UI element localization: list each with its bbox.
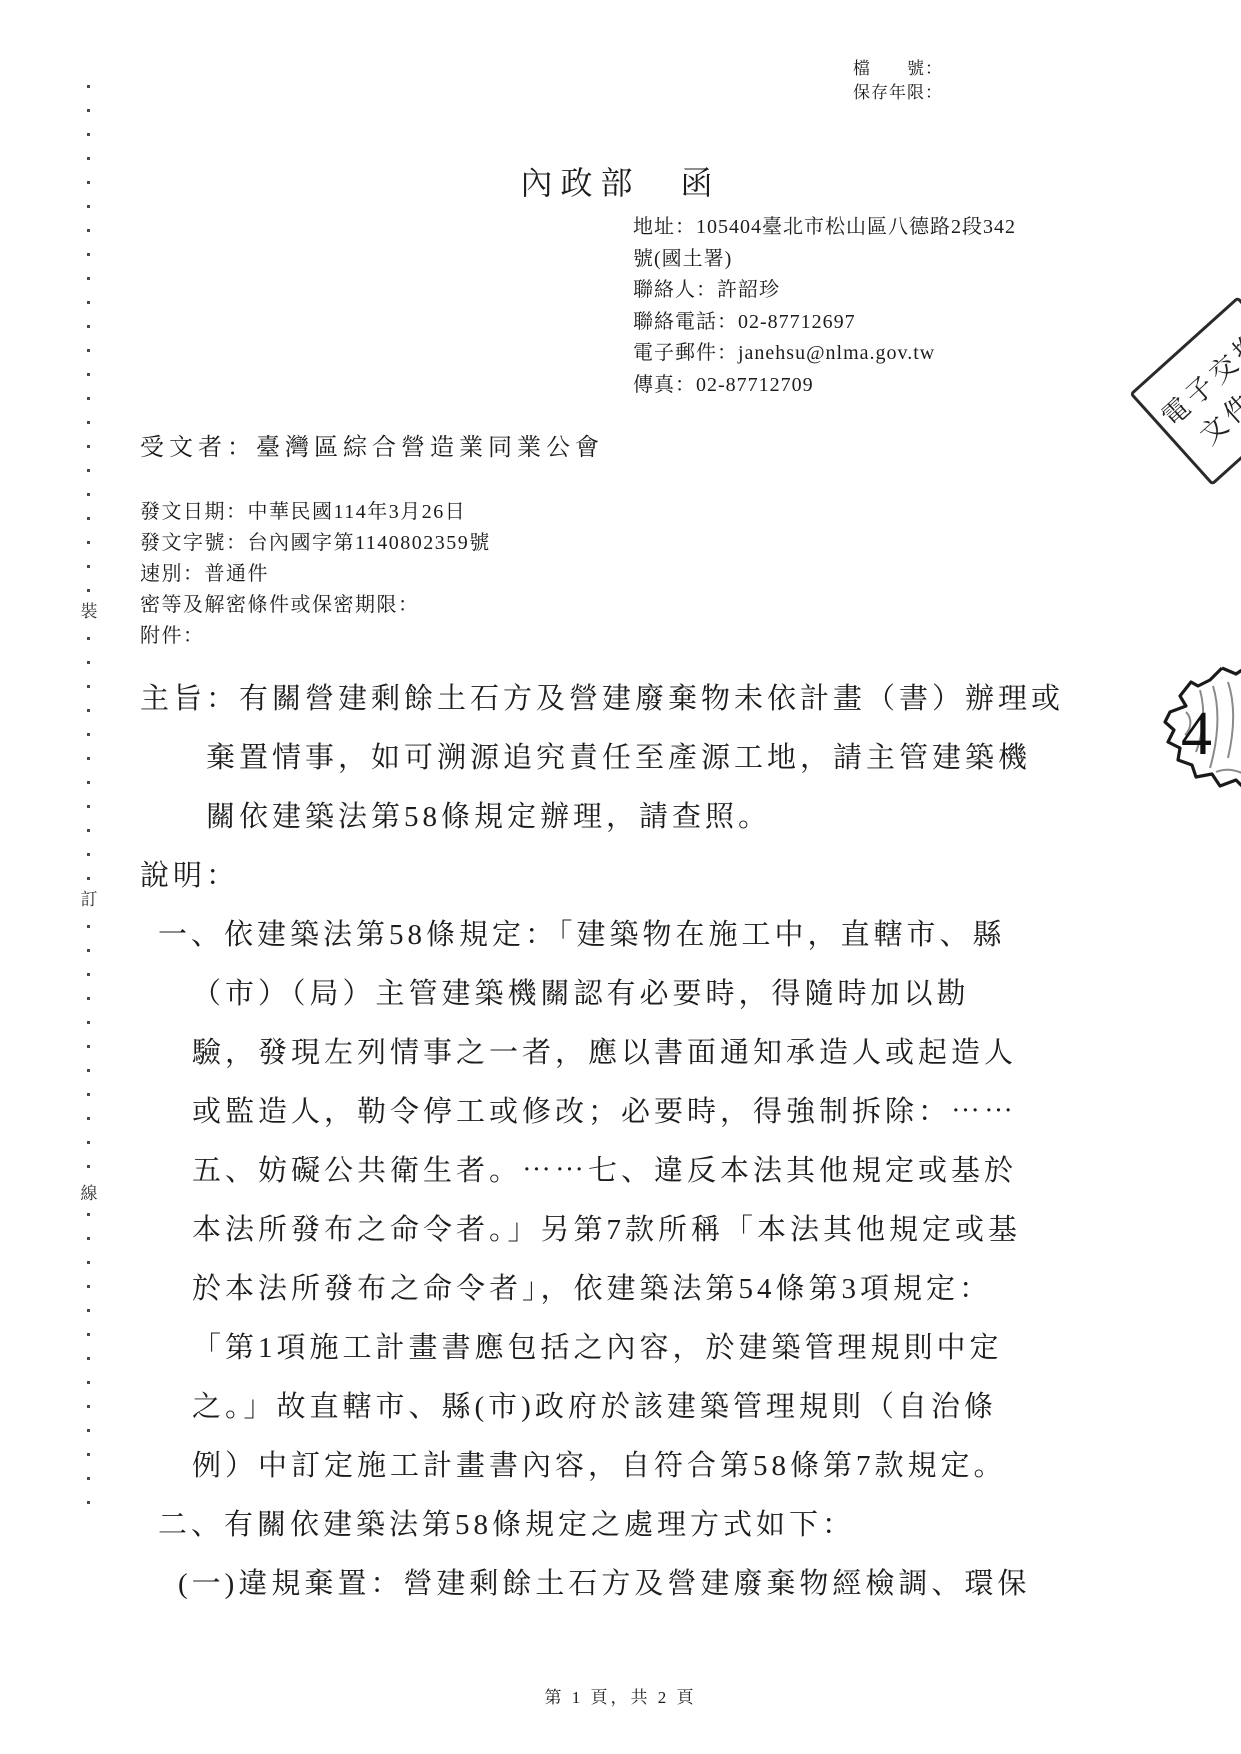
archive-block: 檔 號： 保存年限：: [853, 57, 943, 105]
page-seal: 4: [1156, 662, 1241, 792]
body-line: 五、妨礙公共衛生者。⋯⋯七、違反本法其他規定或基於: [140, 1142, 1130, 1201]
body-line: 說明：: [140, 847, 1130, 906]
body-line: 例）中訂定施工計畫書內容，自符合第58條第7款規定。: [140, 1437, 1130, 1496]
body-line: 驗，發現左列情事之一者，應以書面通知承造人或起造人: [140, 1024, 1130, 1083]
sender-address-line1: 地址：105404臺北市松山區八德路2段342: [633, 212, 1016, 244]
body-line: (一)違規棄置：營建剩餘土石方及營建廢棄物經檢調、環保: [140, 1555, 1130, 1614]
body-line: 一、依建築法第58條規定：「建築物在施工中，直轄市、縣: [140, 906, 1130, 965]
body-line: 或監造人，勒令停工或修改；必要時，得強制拆除：⋯⋯: [140, 1083, 1130, 1142]
sender-address-line2: 號(國土署): [633, 244, 1016, 276]
binding-mark-zhuang: 裝: [76, 600, 102, 624]
file-number-label: 檔 號：: [853, 57, 943, 81]
document-number: 發文字號：台內國字第1140802359號: [140, 528, 491, 559]
body-line: （市）（局）主管建築機關認有必要時，得隨時加以勘: [140, 965, 1130, 1024]
body-line: 「第1項施工計畫書應包括之內容，於建築管理規則中定: [140, 1319, 1130, 1378]
sender-email: 電子郵件：janehsu@nlma.gov.tw: [633, 338, 1016, 370]
body-line: 關依建築法第58條規定辦理，請查照。: [140, 788, 1130, 847]
issue-date: 發文日期：中華民國114年3月26日: [140, 497, 491, 528]
meta-block: 發文日期：中華民國114年3月26日 發文字號：台內國字第1140802359號…: [140, 497, 491, 652]
document-title: 內政部 函: [0, 158, 1241, 204]
body-line: 之。」故直轄市、縣(市)政府於該建築管理規則（自治條: [140, 1378, 1130, 1437]
page-seal-number: 4: [1181, 700, 1212, 768]
recipient-line: 受文者：臺灣區綜合營造業同業公會: [140, 427, 604, 462]
body-line: 於本法所發布之命令者」，依建築法第54條第3項規定：: [140, 1260, 1130, 1319]
attachment-label: 附件：: [140, 621, 491, 652]
page-footer: 第 1 頁，共 2 頁: [0, 1683, 1241, 1708]
sender-block: 地址：105404臺北市松山區八德路2段342 號(國土署) 聯絡人：許韶珍 聯…: [633, 212, 1016, 401]
binding-mark-xian: 線: [76, 1182, 102, 1206]
electronic-exchange-stamp: 電子交換 文件章: [1129, 296, 1241, 486]
body-line: 棄置情事，如可溯源追究責任至產源工地，請主管建築機: [140, 729, 1130, 788]
binding-dotted-line: [87, 85, 90, 1522]
sender-contact-person: 聯絡人：許韶珍: [633, 275, 1016, 307]
sender-phone: 聯絡電話：02-87712697: [633, 307, 1016, 339]
binding-mark-ding: 訂: [76, 888, 102, 912]
body-line: 本法所發布之命令者。」另第7款所稱「本法其他規定或基: [140, 1201, 1130, 1260]
body-text: 主旨：有關營建剩餘土石方及營建廢棄物未依計畫（書）辦理或棄置情事，如可溯源追究責…: [140, 670, 1130, 1614]
speed-class: 速別：普通件: [140, 559, 491, 590]
body-line: 主旨：有關營建剩餘土石方及營建廢棄物未依計畫（書）辦理或: [140, 670, 1130, 729]
security-class: 密等及解密條件或保密期限：: [140, 590, 491, 621]
body-line: 二、有關依建築法第58條規定之處理方式如下：: [140, 1496, 1130, 1555]
document-page: 檔 號： 保存年限： 內政部 函 地址：105404臺北市松山區八德路2段342…: [0, 0, 1241, 1754]
retention-label: 保存年限：: [853, 81, 943, 105]
sender-fax: 傳真：02-87712709: [633, 370, 1016, 402]
